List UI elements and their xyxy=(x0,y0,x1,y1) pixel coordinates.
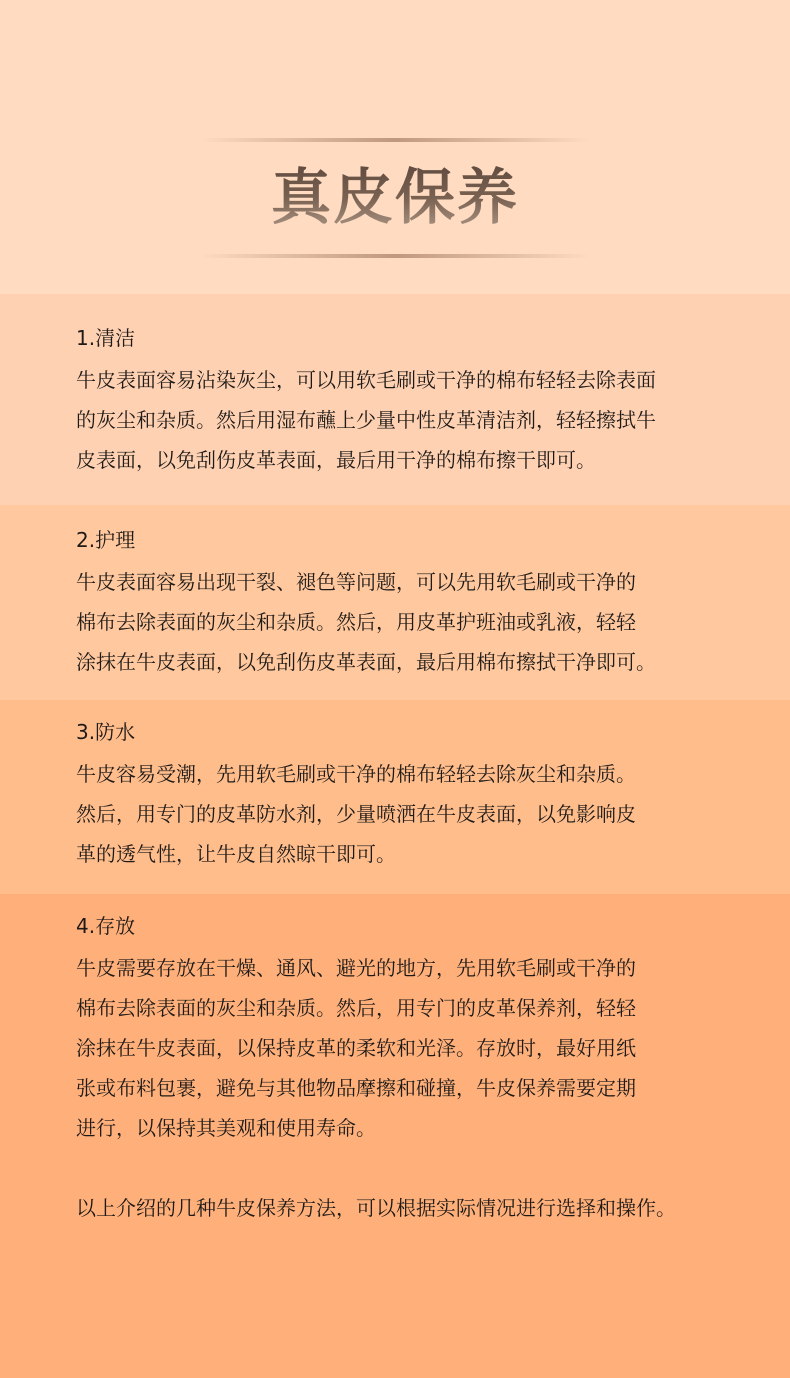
section-care: 2.护理 牛皮表面容易出现干裂、褪色等问题，可以先用软毛刷或干净的 棉布去除表面… xyxy=(0,505,790,700)
section-waterproof: 3.防水 牛皮容易受潮，先用软毛刷或干净的棉布轻轻去除灰尘和杂质。 然后，用专门… xyxy=(0,700,790,894)
section-storage: 4.存放 牛皮需要存放在干燥、通风、避光的地方，先用软毛刷或干净的 棉布去除表面… xyxy=(0,894,790,1378)
decorative-divider-top xyxy=(200,138,590,142)
conclusion-text: 以上介绍的几种牛皮保养方法，可以根据实际情况进行选择和操作。 xyxy=(76,1188,760,1228)
decorative-divider-bottom xyxy=(200,254,590,258)
section-cleaning: 1.清洁 牛皮表面容易沾染灰尘，可以用软毛刷或干净的棉布轻轻去除表面 的灰尘和杂… xyxy=(0,294,790,505)
section-body: 牛皮需要存放在干燥、通风、避光的地方，先用软毛刷或干净的 棉布去除表面的灰尘和杂… xyxy=(76,948,760,1148)
section-heading: 4.存放 xyxy=(76,914,760,938)
section-heading: 3.防水 xyxy=(76,720,760,744)
section-heading: 2.护理 xyxy=(76,528,760,552)
section-body: 牛皮表面容易沾染灰尘，可以用软毛刷或干净的棉布轻轻去除表面 的灰尘和杂质。然后用… xyxy=(76,360,760,480)
section-body: 牛皮容易受潮，先用软毛刷或干净的棉布轻轻去除灰尘和杂质。 然后，用专门的皮革防水… xyxy=(76,754,760,874)
section-heading: 1.清洁 xyxy=(76,326,760,350)
section-body: 牛皮表面容易出现干裂、褪色等问题，可以先用软毛刷或干净的 棉布去除表面的灰尘和杂… xyxy=(76,562,760,682)
page-header: 真皮保养 xyxy=(0,0,790,294)
page-title: 真皮保养 xyxy=(0,162,790,234)
